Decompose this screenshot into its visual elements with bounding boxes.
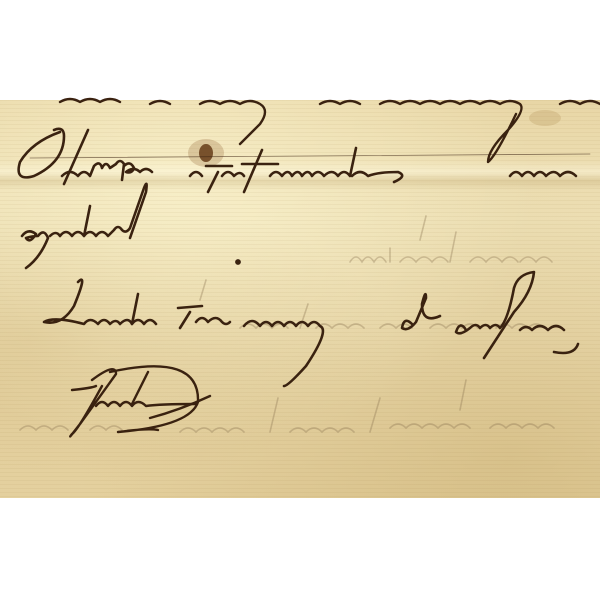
line-2-text (22, 184, 240, 268)
handwriting-layer (0, 0, 600, 600)
line-0-partial (60, 99, 600, 162)
signature (70, 366, 210, 436)
